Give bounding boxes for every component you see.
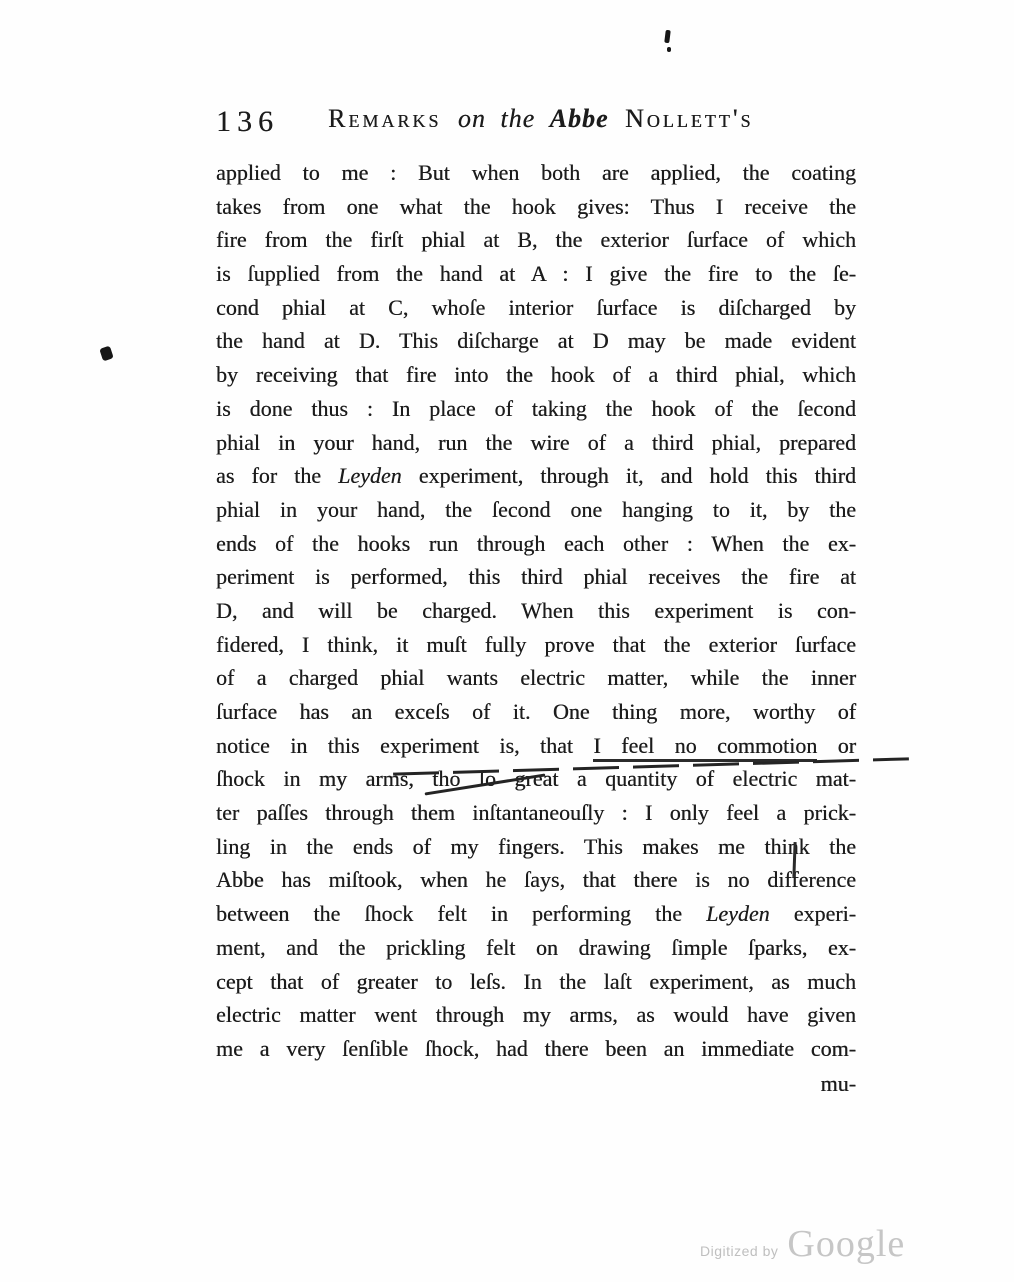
text-line: as for the Leyden experiment, through it… bbox=[216, 459, 856, 493]
text-segment: ment, and the prickling felt on drawing … bbox=[216, 935, 856, 960]
text-segment: ter paſſes through them inſtantaneouſly … bbox=[216, 800, 856, 825]
text-line: ling in the ends of my fingers. This mak… bbox=[216, 830, 856, 864]
header-segment: Remarks bbox=[328, 104, 458, 133]
text-segment: Abbe has miſtook, when he ſays, that the… bbox=[216, 867, 856, 892]
ink-mark-exclaim-dot bbox=[667, 47, 671, 52]
text-line: phial in your hand, the ſecond one hangi… bbox=[216, 493, 856, 527]
ink-blot-left-margin bbox=[99, 346, 113, 362]
text-line: takes from one what the hook gives: Thus… bbox=[216, 190, 856, 224]
text-segment: electric matter went through my arms, as… bbox=[216, 1002, 856, 1027]
text-segment: cond phial at C, whoſe interior ſurface … bbox=[216, 295, 856, 320]
text-line: is ſupplied from the hand at A : I give … bbox=[216, 257, 856, 291]
running-header-title: Remarks on the Abbe Nollett's bbox=[328, 104, 753, 134]
page-number: 136 bbox=[216, 105, 279, 139]
text-line: ends of the hooks run through each other… bbox=[216, 527, 856, 561]
text-segment: as for the bbox=[216, 463, 338, 488]
text-segment: phial in your hand, the ſecond one hangi… bbox=[216, 497, 856, 522]
italic-text: Leyden bbox=[706, 901, 770, 926]
text-segment: ends of the hooks run through each other… bbox=[216, 531, 856, 556]
ink-mark-exclaim-bar bbox=[664, 30, 671, 44]
header-segment: on the bbox=[458, 104, 550, 133]
text-segment: fire from the firſt phial at B, the exte… bbox=[216, 227, 856, 252]
watermark-prefix: Digitized by bbox=[700, 1243, 778, 1259]
text-line: electric matter went through my arms, as… bbox=[216, 998, 856, 1032]
text-segment: periment is performed, this third phial … bbox=[216, 564, 856, 589]
header-segment: Nollett's bbox=[609, 104, 754, 133]
text-line: D, and will be charged. When this experi… bbox=[216, 594, 856, 628]
text-line: fidered, I think, it muſt fully prove th… bbox=[216, 628, 856, 662]
text-segment: experiment, through it, and hold this th… bbox=[402, 463, 856, 488]
body-text: applied to me : But when both are applie… bbox=[216, 156, 856, 1066]
text-line: is done thus : In place of taking the ho… bbox=[216, 392, 856, 426]
text-line: fire from the firſt phial at B, the exte… bbox=[216, 223, 856, 257]
google-logo: Google bbox=[787, 1222, 905, 1266]
text-line: between the ſhock felt in performing the… bbox=[216, 897, 856, 931]
header-segment: Abbe bbox=[550, 104, 609, 133]
text-line: of a charged phial wants electric matter… bbox=[216, 661, 856, 695]
text-segment: of a charged phial wants electric matter… bbox=[216, 665, 856, 690]
text-line: the hand at D. This diſcharge at D may b… bbox=[216, 324, 856, 358]
text-segment: between the ſhock felt in performing the bbox=[216, 901, 706, 926]
text-segment: is done thus : In place of taking the ho… bbox=[216, 396, 856, 421]
italic-text: Leyden bbox=[338, 463, 402, 488]
text-segment: notice in this experiment is, that bbox=[216, 733, 593, 758]
text-line: periment is performed, this third phial … bbox=[216, 560, 856, 594]
catchword-row: mu- bbox=[216, 1067, 856, 1101]
text-segment: me a very ſenſible ſhock, had there been… bbox=[216, 1036, 856, 1061]
text-segment: D, and will be charged. When this experi… bbox=[216, 598, 856, 623]
text-line: me a very ſenſible ſhock, had there been… bbox=[216, 1032, 856, 1066]
text-segment: fidered, I think, it muſt fully prove th… bbox=[216, 632, 856, 657]
text-line: applied to me : But when both are applie… bbox=[216, 156, 856, 190]
text-segment: is ſupplied from the hand at A : I give … bbox=[216, 261, 856, 286]
text-line: notice in this experiment is, that I fee… bbox=[216, 729, 856, 763]
text-line: ter paſſes through them inſtantaneouſly … bbox=[216, 796, 856, 830]
catchword: mu- bbox=[821, 1071, 856, 1096]
text-line: phial in your hand, run the wire of a th… bbox=[216, 426, 856, 460]
text-segment: ſurface has an exceſs of it. One thing m… bbox=[216, 699, 856, 724]
text-segment: the hand at D. This diſcharge at D may b… bbox=[216, 328, 856, 353]
text-line: Abbe has miſtook, when he ſays, that the… bbox=[216, 863, 856, 897]
text-segment: by receiving that fire into the hook of … bbox=[216, 362, 856, 387]
book-page-scan: 136 Remarks on the Abbe Nollett's applie… bbox=[0, 0, 1014, 1282]
text-line: cond phial at C, whoſe interior ſurface … bbox=[216, 291, 856, 325]
text-segment: takes from one what the hook gives: Thus… bbox=[216, 194, 856, 219]
text-segment: cept that of greater to leſs. In the laſ… bbox=[216, 969, 856, 994]
text-line: ment, and the prickling felt on drawing … bbox=[216, 931, 856, 965]
text-segment: phial in your hand, run the wire of a th… bbox=[216, 430, 856, 455]
watermark: Digitized by Google bbox=[700, 1222, 905, 1266]
text-line: cept that of greater to leſs. In the laſ… bbox=[216, 965, 856, 999]
text-segment: experi- bbox=[770, 901, 856, 926]
text-line: by receiving that fire into the hook of … bbox=[216, 358, 856, 392]
text-segment: applied to me : But when both are applie… bbox=[216, 160, 856, 185]
text-line: ſurface has an exceſs of it. One thing m… bbox=[216, 695, 856, 729]
text-segment: or bbox=[817, 733, 856, 758]
pencil-underlined-text: I feel no commotion bbox=[593, 733, 817, 762]
text-segment: ling in the ends of my fingers. This mak… bbox=[216, 834, 856, 859]
